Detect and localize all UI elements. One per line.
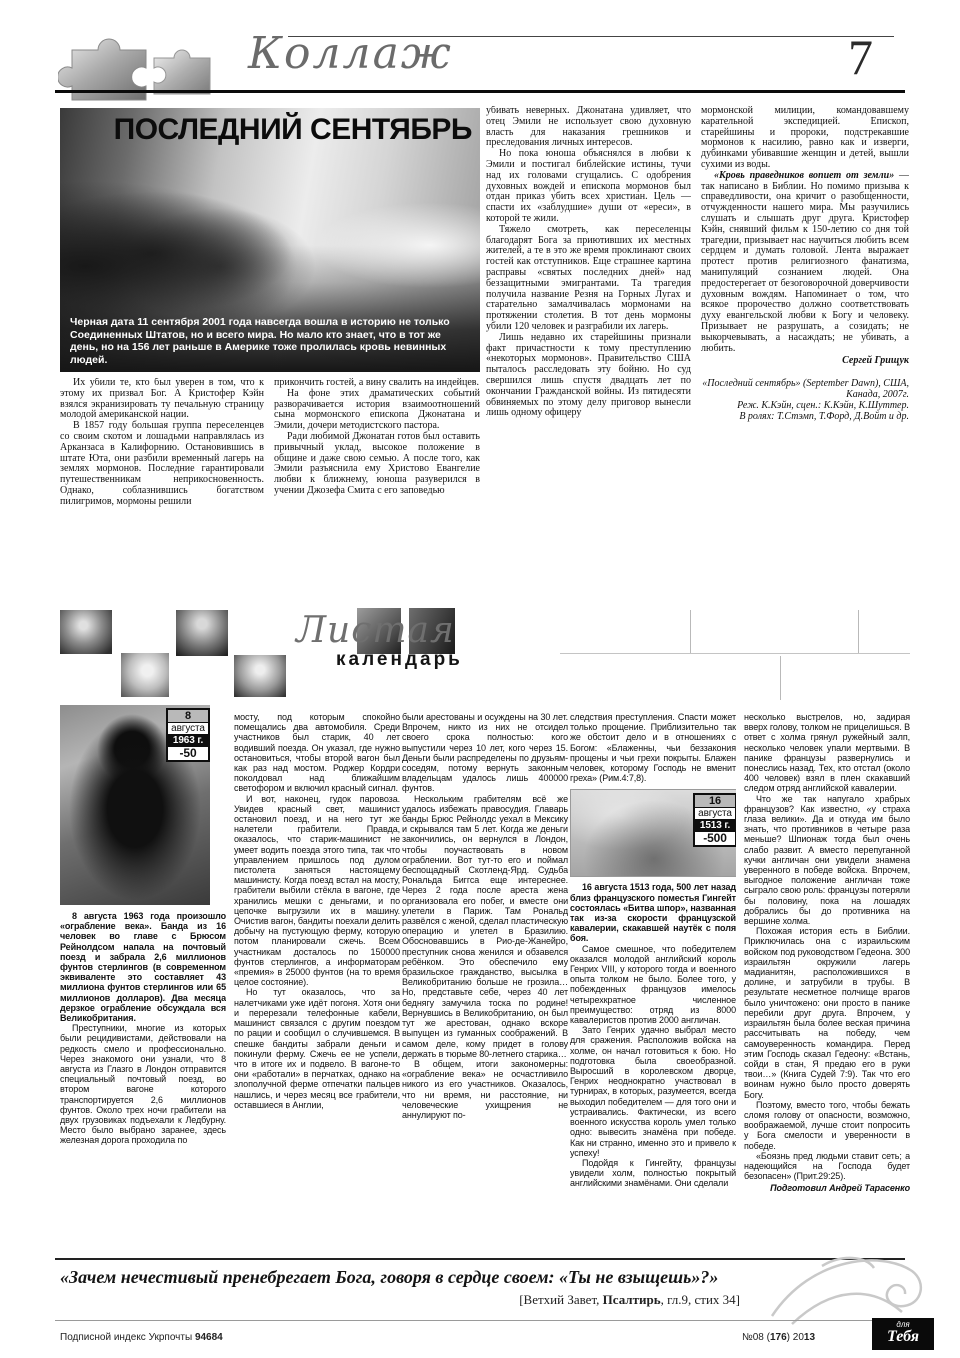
- source-book: Псалтирь: [603, 1292, 661, 1307]
- portrait-photo-tile: [121, 653, 169, 697]
- date-day: 16: [695, 795, 735, 808]
- quote-emphasis: «Кровь праведников вопиет от земли»: [714, 170, 894, 181]
- portrait-photo-tile: [176, 610, 228, 656]
- subscription-number: 94684: [195, 1332, 223, 1343]
- subscription-label: Подписной индекс Укрпочты: [60, 1332, 195, 1343]
- paragraph: Но тут оказалось, что за налетчиками уже…: [234, 987, 400, 1109]
- paragraph: В 1857 году большая группа переселенцев …: [60, 421, 264, 507]
- article1-photo: ПОСЛЕДНИЙ СЕНТЯБРЬ Черная дата 11 сентяб…: [60, 108, 480, 372]
- paragraph: убивать неверных. Джонатана удивляет, чт…: [486, 106, 691, 149]
- issue-year: 13: [804, 1332, 815, 1343]
- article1-author: Сергей Грищук: [701, 356, 909, 367]
- paragraph: На фоне этих драматических событий разво…: [274, 389, 480, 432]
- source-suffix: , гл.9, стих 34]: [661, 1292, 740, 1307]
- credit-line: В ролях: Т.Стэмп, Т.Форд, Д.Войт и др.: [701, 412, 909, 423]
- credit-line: Реж. К.Кэйн, сцен.: К.Кэйн, К.Шуттер.: [701, 401, 909, 412]
- article1-column-1: Их убили те, кто был уверен в том, что к…: [60, 378, 264, 590]
- newspaper-logo: для Тебя: [872, 1318, 934, 1350]
- newspaper-page: Коллаж 7 ПОСЛЕДНИЙ СЕНТЯБРЬ Черная дата …: [0, 0, 960, 1358]
- paragraph: Зато Генрих удачно выбрал место для сраж…: [570, 1025, 736, 1158]
- calendar-column-4: следствия преступления. Спасти может тол…: [570, 712, 736, 1253]
- logo-main-text: Тебя: [872, 1329, 934, 1345]
- paragraph: Что же так напугало храбрых французов? К…: [744, 794, 910, 927]
- date-delta: -50: [168, 747, 208, 760]
- story2-date-card: 16 августа 1513 г. -500: [693, 793, 736, 847]
- paragraph: Подойдя к Гингейту, французы увидели хол…: [570, 1158, 736, 1189]
- paragraph: Ради любимой Джонатан готов был оставить…: [274, 432, 480, 497]
- calendar-column-3: были арестованы и осуждены на 30 лет. Вп…: [402, 712, 568, 1253]
- calendar-title-script: Листая: [296, 612, 455, 650]
- paragraph: следствия преступления. Спасти может тол…: [570, 712, 736, 783]
- paragraph: И вот, наконец, гудок паровоза. Увидев к…: [234, 794, 400, 988]
- paragraph: Нескольким грабителям всё же удалось изб…: [402, 794, 568, 1059]
- paragraph: Тяжело смотреть, как переселенцы благода…: [486, 225, 691, 333]
- footer-quote: «Зачем нечестивый пренебрегает Бога, гов…: [60, 1266, 760, 1288]
- calendar-column-5: несколько выстрелов, но, задирая вверх г…: [744, 712, 910, 1253]
- issue-suffix: ) 20: [787, 1332, 804, 1343]
- story1-lead: 8 августа 1963 года произошло «ограблени…: [60, 911, 226, 1023]
- portrait-photo-tile: [234, 655, 286, 697]
- issue-num: 176: [770, 1332, 787, 1343]
- paragraph: «Боязнь пред людьми ставит сеть; а надею…: [744, 1151, 910, 1182]
- paragraph: несколько выстрелов, но, задирая вверх г…: [744, 712, 910, 794]
- portrait-photo-tile: [60, 610, 112, 654]
- section-masthead: Коллаж: [248, 30, 453, 78]
- subscription-index: Подписной индекс Укрпочты 94684: [60, 1332, 223, 1344]
- story1-date-card: 8 августа 1963 г. -50: [166, 708, 210, 762]
- paragraph: Поэтому, вместо того, чтобы бежать сломя…: [744, 1100, 910, 1151]
- article1-headline: ПОСЛЕДНИЙ СЕНТЯБРЬ: [114, 114, 472, 146]
- paragraph: Их убили те, кто был уверен в том, что к…: [60, 378, 264, 421]
- puzzle-piece-icon: [58, 28, 233, 111]
- story2-author: Подготовил Андрей Тарасенко: [744, 1183, 910, 1193]
- calendar-title-bold: календарь: [336, 650, 463, 670]
- issue-prefix: №08 (: [742, 1332, 770, 1343]
- calendar-column-2: мосту, под которым спокойно помещались д…: [234, 712, 400, 1253]
- header-rule-thick: [55, 90, 905, 93]
- date-day: 8: [168, 710, 208, 723]
- story2-lead: 16 августа 1513 года, 500 лет назад близ…: [570, 882, 736, 943]
- paragraph: были арестованы и осуждены на 30 лет. Вп…: [402, 712, 568, 794]
- paragraph: Но пока юноша объяснялся в любви к Эмили…: [486, 149, 691, 225]
- article1-column-4: мормонской милиции, командовавшему карат…: [701, 106, 909, 592]
- grid-line: [780, 656, 781, 700]
- calendar-column-1: 8 августа 1963 г. -50 8 августа 1963 год…: [60, 705, 226, 1253]
- grid-line: [560, 653, 910, 654]
- article1-film-credits: «Последний сентябрь» (September Dawn), С…: [701, 379, 909, 422]
- grid-line: [858, 610, 859, 654]
- paragraph: Преступники, многие из которых были реци…: [60, 1023, 226, 1145]
- credit-line: «Последний сентябрь» (September Dawn), С…: [701, 379, 909, 401]
- grid-line: [690, 610, 691, 654]
- paragraph-text: — так написано в Библии. Но помимо призы…: [701, 170, 909, 354]
- paragraph: В общем, итоги закономерны: «ограбление …: [402, 1059, 568, 1120]
- paragraph: Лишь недавно их старейшины признали факт…: [486, 333, 691, 419]
- paragraph: Самое смешное, что победителем оказался …: [570, 944, 736, 1026]
- paragraph: Похожая история есть в Библии. Приключил…: [744, 926, 910, 1099]
- date-delta: -500: [695, 832, 735, 845]
- footer-quote-source: [Ветхий Завет, Псалтирь, гл.9, стих 34]: [60, 1292, 740, 1307]
- article1-photo-caption: Черная дата 11 сентября 2001 года навсег…: [70, 316, 466, 366]
- paragraph: мормонской милиции, командовавшему карат…: [701, 106, 909, 171]
- paragraph: мосту, под которым спокойно помещались д…: [234, 712, 400, 794]
- story1-photo: 8 августа 1963 г. -50: [60, 705, 210, 905]
- date-month: августа: [695, 808, 735, 820]
- page-number: 7: [848, 30, 873, 84]
- source-prefix: [Ветхий Завет,: [519, 1292, 602, 1307]
- issue-number: №08 (176) 2013: [742, 1332, 815, 1344]
- date-month: августа: [168, 723, 208, 735]
- article1-column-3: убивать неверных. Джонатана удивляет, чт…: [486, 106, 691, 592]
- article1-column-2: прикончить гостей, а вину свалить на инд…: [274, 378, 480, 590]
- footer-rule-bottom: [55, 1320, 905, 1321]
- story2-photo: 16 августа 1513 г. -500: [570, 789, 736, 877]
- paragraph: «Кровь праведников вопиет от земли» — та…: [701, 171, 909, 355]
